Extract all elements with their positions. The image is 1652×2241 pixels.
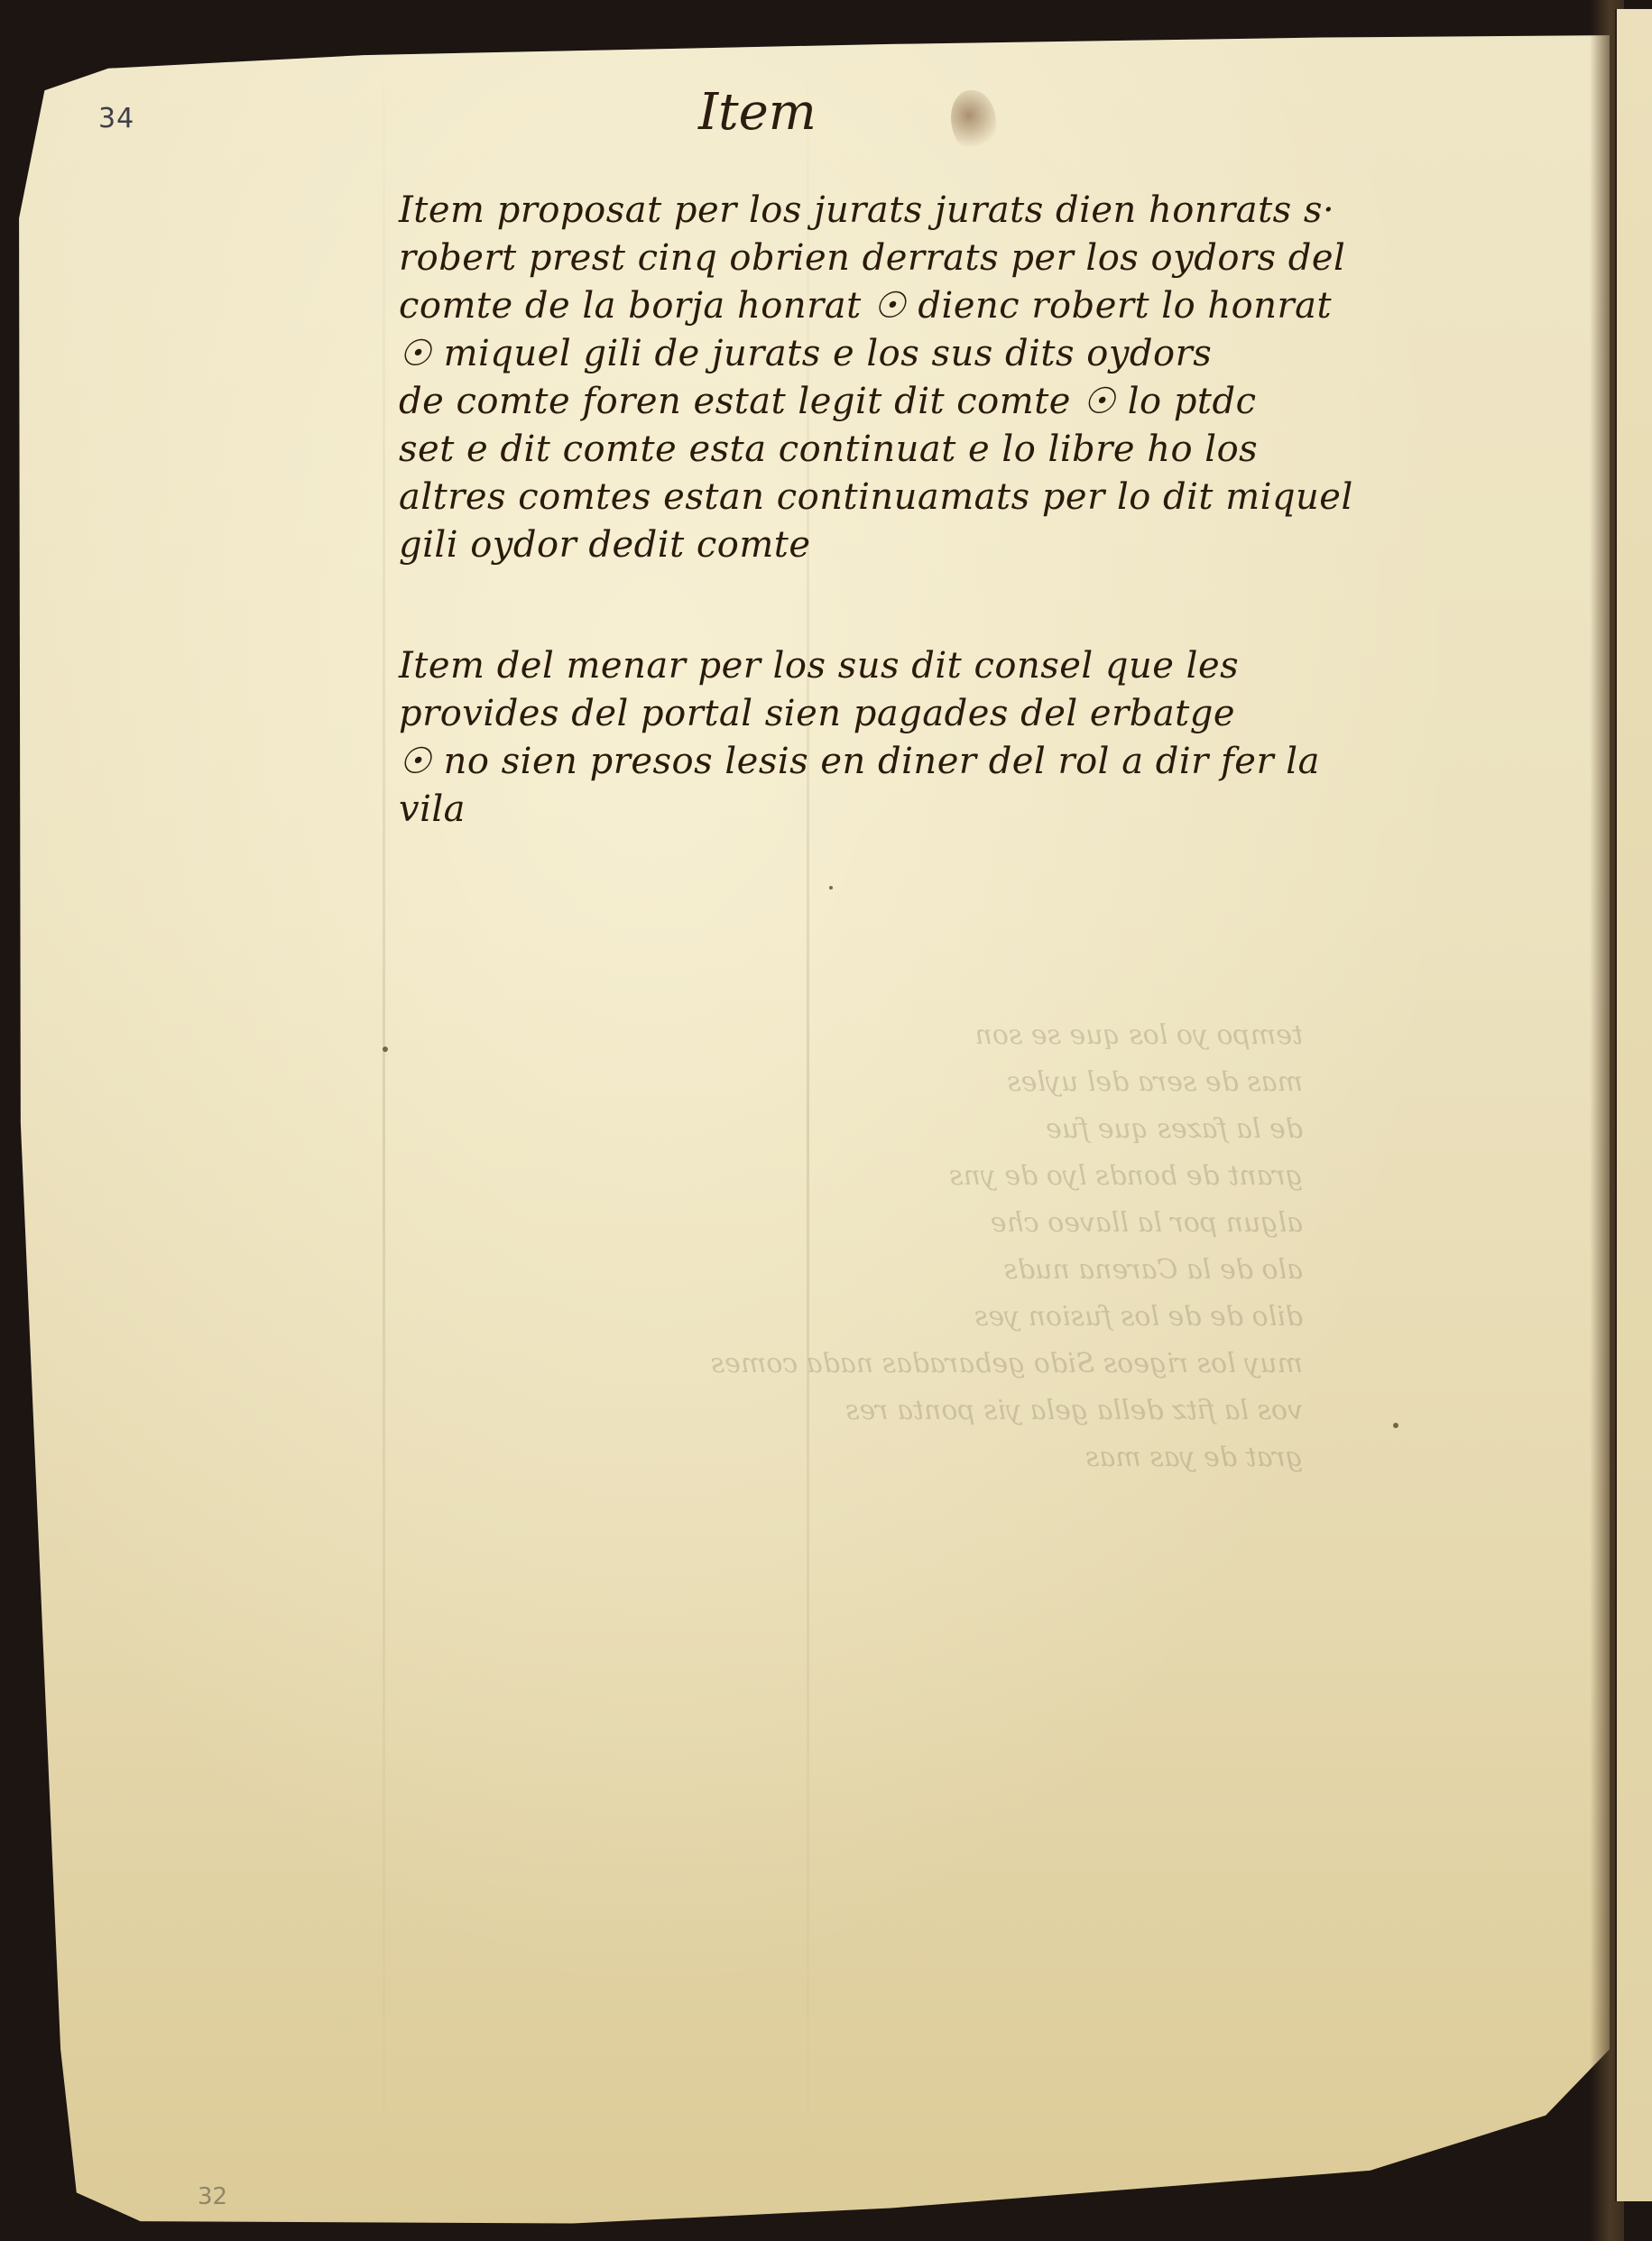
ink-stain [951,90,996,153]
bottom-mark: 32 [198,2183,227,2210]
bleed-through-text: tempo yo los que se son mas de sera del … [310,1012,1303,1572]
entry-2: Item del menar per los sus dit consel qu… [399,642,1320,834]
entry-1: Item proposat per los jurats jurats dien… [399,187,1353,569]
text-line: vila [399,786,1320,834]
text-line: gili oydor dedit comte [399,521,1353,569]
bleed-line: algun por la llaveo che [310,1200,1303,1247]
bleed-line: de la fazes que fue [310,1106,1303,1153]
bleed-line: mas de sera del uyles [310,1059,1303,1106]
text-line: comte de la borja honrat ☉ dienc robert … [399,282,1353,330]
bleed-line: grant de bonds lyo de yns [310,1153,1303,1200]
text-line: robert prest cinq obrien derrats per los… [399,235,1353,282]
text-line: provides del portal sien pagades del erb… [399,690,1320,738]
heading-monogram: Item [698,83,817,142]
adjacent-page-edge [1615,9,1652,2201]
ink-speck [383,1047,388,1052]
text-line: Item proposat per los jurats jurats dien… [399,187,1353,235]
bleed-line: tempo yo los que se son [310,1012,1303,1059]
bleed-line: muy los rigeos Sido gebaradas nada comes [310,1341,1303,1388]
text-line: set e dit comte esta continuat e lo libr… [399,426,1353,474]
bleed-line: dilo de de los fusion yes [310,1294,1303,1341]
text-line: de comte foren estat legit dit comte ☉ l… [399,378,1353,426]
bleed-line: alo de la Carena nuds [310,1247,1303,1294]
text-line: ☉ miquel gili de jurats e los sus dits o… [399,330,1353,378]
manuscript-page: 34 Item Item proposat per los jurats jur… [13,20,1610,2226]
text-line: ☉ no sien presos lesis en diner del rol … [399,738,1320,786]
ink-speck [829,886,833,890]
bleed-line: grat de yas mas [310,1434,1303,1481]
text-line: altres comtes estan continuamats per lo … [399,474,1353,521]
bleed-line: vos la fitz della gela yis ponta res [310,1388,1303,1434]
text-line: Item del menar per los sus dit consel qu… [399,642,1320,690]
folio-number: 34 [98,103,134,134]
ink-speck [1393,1423,1398,1428]
